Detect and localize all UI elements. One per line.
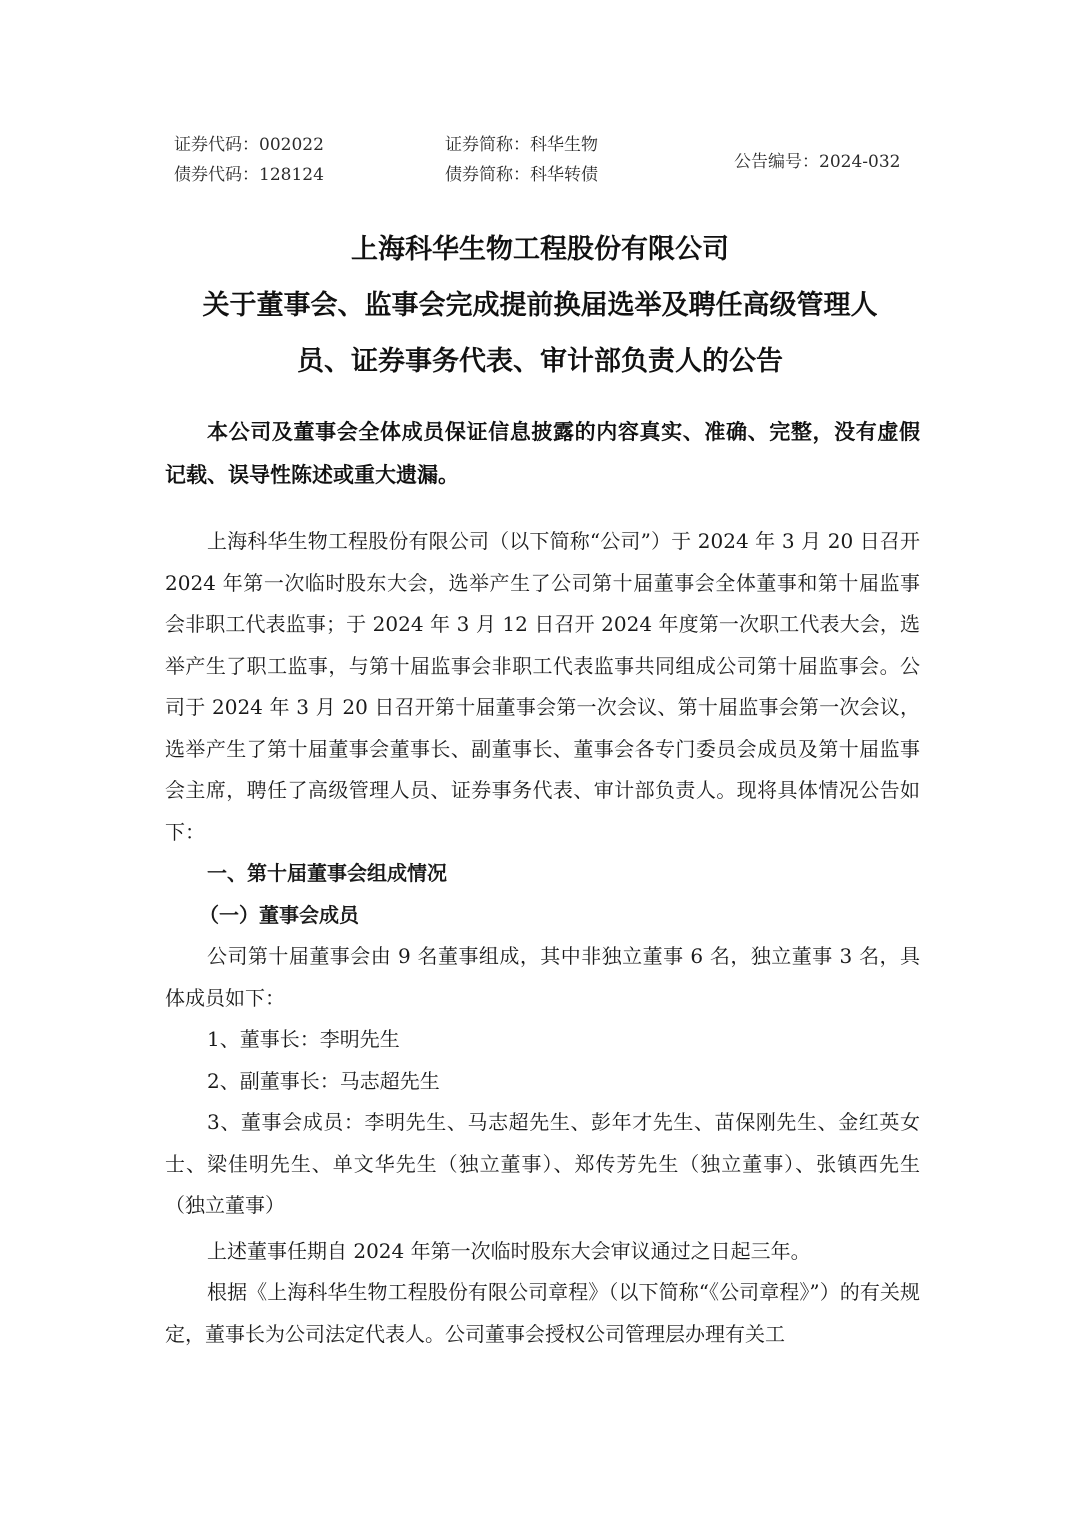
title-company-name: 上海科华生物工程股份有限公司 xyxy=(160,222,920,278)
board-guarantee-statement: 本公司及董事会全体成员保证信息披露的内容真实、准确、完整，没有虚假记载、误导性陈… xyxy=(165,411,920,497)
stock-abbreviation: 证券简称：科华生物 xyxy=(445,130,598,155)
bond-code: 债券代码：128124 xyxy=(174,160,324,185)
board-composition-paragraph: 公司第十届董事会由 9 名董事组成，其中非独立董事 6 名，独立董事 3 名，具… xyxy=(165,936,920,1019)
list-item-vice-chairman: 2、副董事长：马志超先生 xyxy=(165,1061,920,1103)
document-body: 上海科华生物工程股份有限公司（以下简称“公司”）于 2024 年 3 月 20 … xyxy=(165,521,920,1355)
list-item-chairman: 1、董事长：李明先生 xyxy=(165,1019,920,1061)
title-line-2: 关于董事会、监事会完成提前换届选举及聘任高级管理人 xyxy=(160,278,920,334)
document-header-info: 证券代码：002022 债券代码：128124 证券简称：科华生物 债券简称：科… xyxy=(174,130,914,190)
bond-abbreviation: 债券简称：科华转债 xyxy=(445,160,598,185)
document-title: 上海科华生物工程股份有限公司 关于董事会、监事会完成提前换届选举及聘任高级管理人… xyxy=(160,222,920,390)
subsection-heading-board-members: （一）董事会成员 xyxy=(165,895,920,937)
intro-paragraph: 上海科华生物工程股份有限公司（以下简称“公司”）于 2024 年 3 月 20 … xyxy=(165,521,920,853)
list-item-board-members: 3、董事会成员：李明先生、马志超先生、彭年才先生、苗保刚先生、金红英女士、梁佳明… xyxy=(165,1102,920,1227)
section-heading-board-composition: 一、第十届董事会组成情况 xyxy=(165,853,920,895)
stock-code: 证券代码：002022 xyxy=(174,130,324,155)
charter-paragraph: 根据《上海科华生物工程股份有限公司章程》（以下简称“《公司章程》”）的有关规定，… xyxy=(165,1272,920,1355)
document-page: 证券代码：002022 债券代码：128124 证券简称：科华生物 债券简称：科… xyxy=(0,0,1080,1527)
term-paragraph: 上述董事任期自 2024 年第一次临时股东大会审议通过之日起三年。 xyxy=(165,1231,920,1273)
announcement-number: 公告编号：2024-032 xyxy=(734,147,900,172)
title-line-3: 员、证券事务代表、审计部负责人的公告 xyxy=(160,334,920,390)
